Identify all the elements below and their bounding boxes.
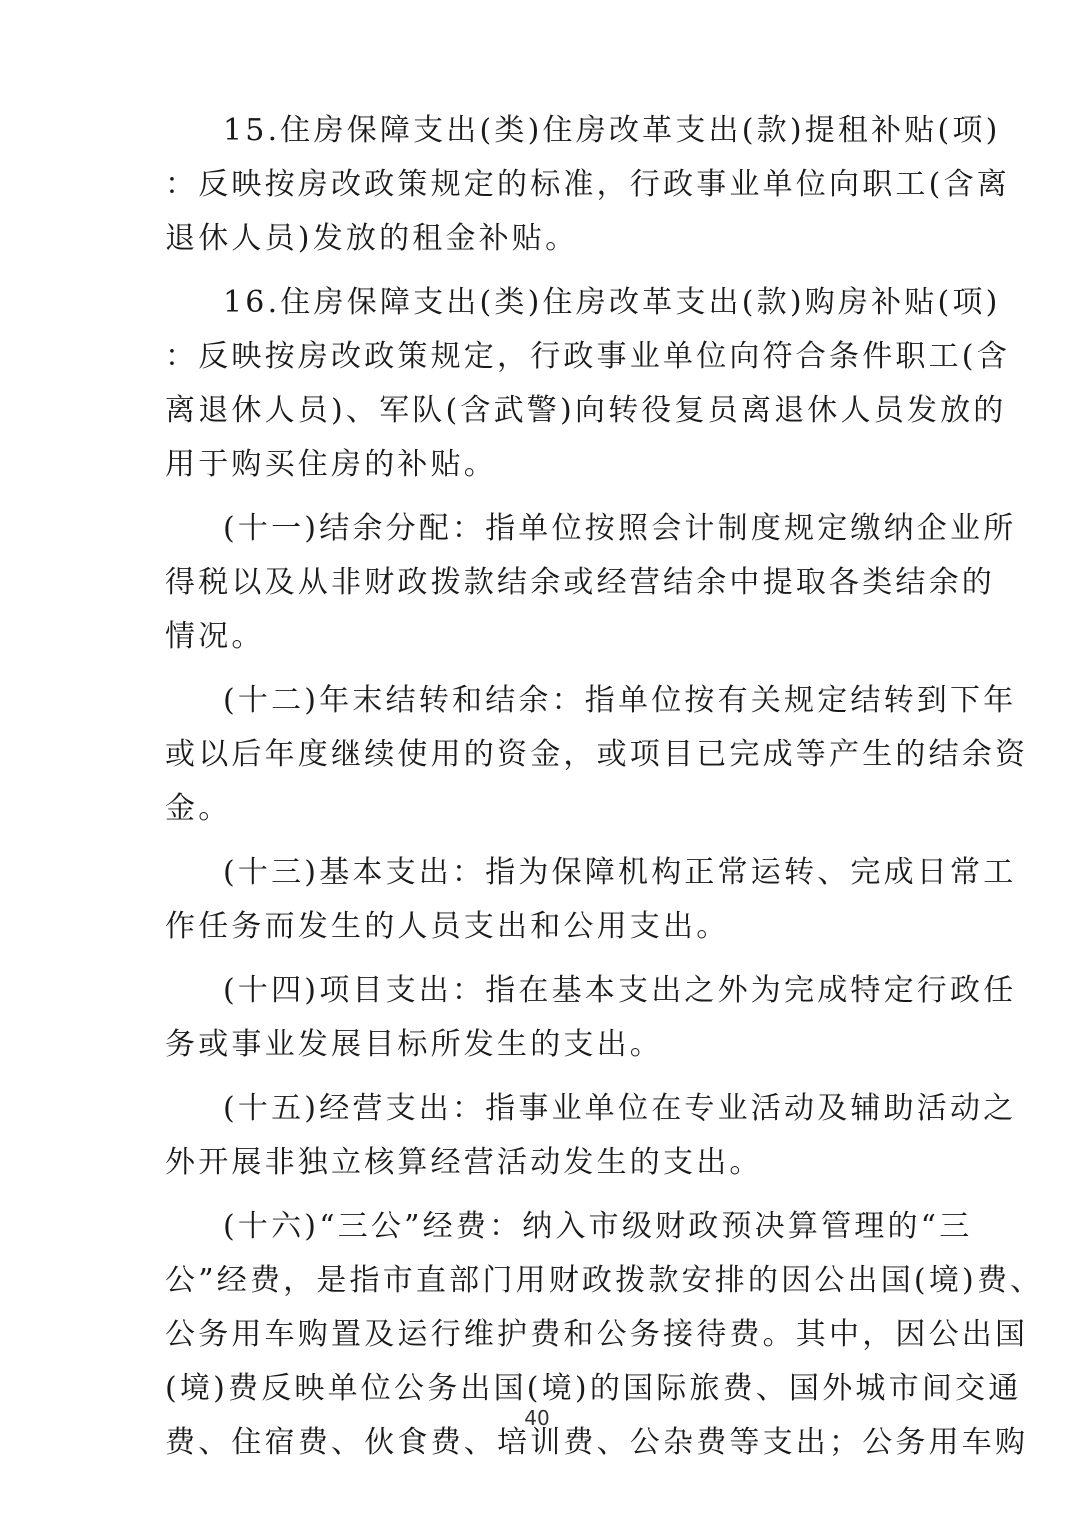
text-line: ：反映按房改政策规定，行政事业单位向符合条件职工(含: [165, 330, 913, 384]
paragraph-item-15-rent-subsidy: 15.住房保障支出(类)住房改革支出(款)提租补贴(项) ：反映按房改政策规定的…: [165, 104, 913, 266]
text-line: (十五)经营支出：指事业单位在专业活动及辅助活动之: [165, 1082, 913, 1136]
text-line: 16.住房保障支出(类)住房改革支出(款)购房补贴(项): [165, 276, 913, 330]
text-line: ：反映按房改政策规定的标准，行政事业单位向职工(含离: [165, 158, 913, 212]
document-page: 15.住房保障支出(类)住房改革支出(款)提租补贴(项) ：反映按房改政策规定的…: [165, 104, 913, 1480]
text-line: 公”经费，是指市直部门用财政拨款安排的因公出国(境)费、: [165, 1254, 913, 1308]
text-line: 离退休人员)、军队(含武警)向转役复员离退休人员发放的: [165, 384, 913, 438]
text-line: 或以后年度继续使用的资金，或项目已完成等产生的结余资: [165, 728, 913, 782]
text-line: 情况。: [165, 610, 913, 664]
text-line: (十三)基本支出：指为保障机构正常运转、完成日常工: [165, 846, 913, 900]
text-line: (十二)年末结转和结余：指单位按有关规定结转到下年: [165, 674, 913, 728]
text-line: (十六)“三公”经费：纳入市级财政预决算管理的“三: [165, 1200, 913, 1254]
paragraph-year-end-carryover: (十二)年末结转和结余：指单位按有关规定结转到下年 或以后年度继续使用的资金，或…: [165, 674, 913, 836]
text-line: 得税以及从非财政拨款结余或经营结余中提取各类结余的: [165, 556, 913, 610]
text-line: 外开展非独立核算经营活动发生的支出。: [165, 1136, 913, 1190]
paragraph-item-16-housing-purchase-subsidy: 16.住房保障支出(类)住房改革支出(款)购房补贴(项) ：反映按房改政策规定，…: [165, 276, 913, 492]
text-line: (十四)项目支出：指在基本支出之外为完成特定行政任: [165, 964, 913, 1018]
page-number: 40: [0, 1406, 1074, 1430]
text-line: 务或事业发展目标所发生的支出。: [165, 1018, 913, 1072]
paragraph-project-expenditure: (十四)项目支出：指在基本支出之外为完成特定行政任 务或事业发展目标所发生的支出…: [165, 964, 913, 1072]
paragraph-operating-expenditure: (十五)经营支出：指事业单位在专业活动及辅助活动之 外开展非独立核算经营活动发生…: [165, 1082, 913, 1190]
text-line: (十一)结余分配：指单位按照会计制度规定缴纳企业所: [165, 502, 913, 556]
text-line: 15.住房保障支出(类)住房改革支出(款)提租补贴(项): [165, 104, 913, 158]
text-line: 公务用车购置及运行维护费和公务接待费。其中，因公出国: [165, 1308, 913, 1362]
text-line: 用于购买住房的补贴。: [165, 438, 913, 492]
paragraph-surplus-distribution: (十一)结余分配：指单位按照会计制度规定缴纳企业所 得税以及从非财政拨款结余或经…: [165, 502, 913, 664]
text-line: 退休人员)发放的租金补贴。: [165, 212, 913, 266]
paragraph-basic-expenditure: (十三)基本支出：指为保障机构正常运转、完成日常工 作任务而发生的人员支出和公用…: [165, 846, 913, 954]
text-line: 金。: [165, 782, 913, 836]
text-line: 作任务而发生的人员支出和公用支出。: [165, 900, 913, 954]
